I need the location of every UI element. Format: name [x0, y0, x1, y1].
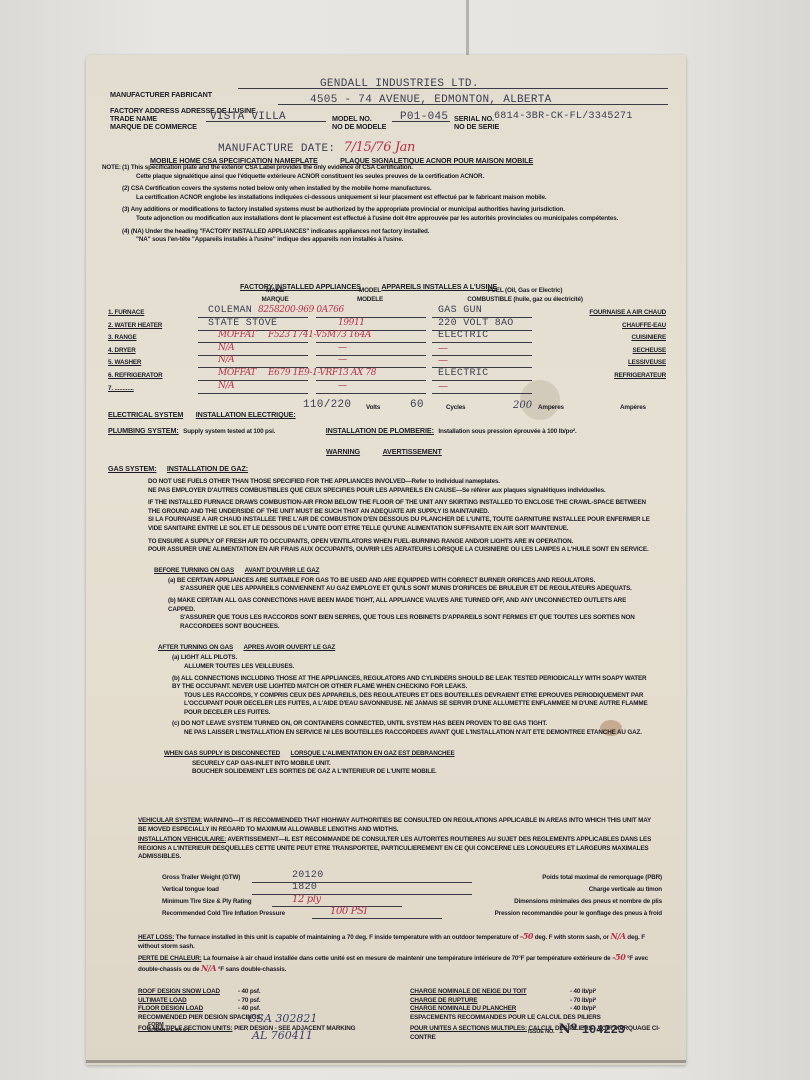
gas-p3-fr: POUR ASSURER UNE ALIMENTATION EN AIR FRA… — [148, 546, 653, 555]
gas-p2-fr: SI LA FOURNAISE A AIR CHAUD INSTALLEE TI… — [148, 516, 653, 533]
appliance-row: 3. RANGE MOFFAT F523 1741-V5M73 164A ELE… — [108, 333, 678, 345]
load-label: ROOF DESIGN SNOW LOAD — [138, 988, 238, 997]
form-number: FORM FORMULE 83.9.1 — [148, 1022, 190, 1034]
vehicular-label-fr: INSTALLATION VEHICULAIRE: — [138, 836, 226, 843]
amperes-value: 200 — [513, 400, 532, 411]
note-1-en: (1) This specification plate and the ext… — [122, 164, 667, 173]
appliance-row: 5. WASHER N/A — — LESSIVEUSE — [108, 358, 678, 370]
make-line — [198, 342, 308, 343]
appliance-fuel: — — [438, 343, 448, 354]
vehicular-row-value: 1820 — [292, 882, 317, 893]
gas-p3-en: TO ENSURE A SUPPLY OF FRESH AIR TO OCCUP… — [148, 538, 653, 547]
appliance-model: — — [338, 355, 347, 365]
vehicular-row-fr: Charge verticale au timon — [589, 886, 662, 895]
vehicular-row-fr: Dimensions minimales des pneus et nombre… — [514, 898, 662, 907]
model-line — [316, 342, 426, 343]
vehicular-row-label: Minimum Tire Size & Ply Rating — [162, 898, 252, 907]
vehicular-row-label: Recommended Cold Tire Inflation Pressure — [162, 910, 285, 919]
vehicular-row-label: Vertical tongue load — [162, 886, 219, 895]
load-value-fr: - 40 lb/pi² — [570, 988, 596, 995]
notes-label: NOTE: — [102, 164, 121, 173]
note-2-en: (2) CSA Certification covers the systems… — [122, 185, 667, 194]
load-label-fr: CHARGE NOMINALE DU PLANCHER — [410, 1005, 570, 1014]
heat-loss-label-fr: PERTE DE CHALEUR: — [138, 955, 202, 962]
appliance-label: 5. WASHER — [108, 359, 141, 368]
plumbing-label: PLUMBING SYSTEM: — [108, 426, 179, 435]
appliance-label-fr: SECHEUSE — [633, 347, 666, 356]
vehicular-row-value: 100 PSI — [330, 906, 367, 917]
disconnected-fr: BOUCHER SOLIDEMENT LES SORTIES DE GAZ A … — [192, 768, 678, 777]
col-make: MAKE — [240, 287, 310, 296]
volts-value: 110/220 — [303, 399, 351, 411]
note-2-fr: La certification ACNOR englobe les insta… — [136, 194, 667, 203]
before-a-fr: S'ASSURER QUE LES APPAREILS CONVIENNENT … — [180, 585, 648, 594]
gas-p2-en: IF THE INSTALLED FURNACE DRAWS COMBUSTIO… — [148, 499, 653, 516]
vehicular-line — [252, 882, 472, 883]
load-label: FLOOR DESIGN LOAD — [138, 1005, 238, 1014]
warning-fr: AVERTISSEMENT — [383, 447, 442, 456]
trade-name-label-fr: MARQUE DE COMMERCE — [110, 123, 690, 131]
heat-loss-fr-c: °F sans double-chassis. — [218, 966, 286, 973]
vehicular-row-value: 20120 — [292, 870, 324, 881]
load-row-fr: CHARGE NOMINALE DE NEIGE DU TOIT- 40 lb/… — [410, 988, 660, 997]
amperes-label: Amperes — [538, 404, 564, 413]
appliance-make: COLEMAN — [208, 305, 252, 316]
disconnected-label: WHEN GAS SUPPLY IS DISCONNECTED — [164, 750, 280, 757]
appliance-fuel: GAS GUN — [438, 305, 482, 316]
appliance-label-fr: FOURNAISE A AIR CHAUD — [589, 309, 666, 318]
appliance-fuel: 220 VOLT 8AO — [438, 318, 514, 329]
appliance-label: 1. FURNACE — [108, 309, 144, 318]
heat-loss-text-b: deg. F with storm sash, or — [535, 934, 609, 941]
load-row: ROOF DESIGN SNOW LOAD- 40 psf. — [138, 988, 378, 997]
after-c-fr: NE PAS LAISSER L'INSTALLATION EN SERVICE… — [184, 729, 650, 738]
appliance-fuel: ELECTRIC — [438, 368, 488, 379]
make-line — [198, 355, 308, 356]
appliance-make: STATE STOVE — [208, 318, 277, 329]
note-3-en: (3) Any additions or modifications to fa… — [122, 206, 667, 215]
col-fuel-header: FUEL (Oil, Gas or Electric) COMBUSTIBLE … — [440, 287, 610, 304]
load-row: ULTIMATE LOAD- 70 psf. — [138, 997, 378, 1006]
appliance-label: 2. WATER HEATER — [108, 322, 162, 331]
appliance-label-fr: CUISINIERE — [631, 334, 666, 343]
after-b-en: (b) ALL CONNECTIONS INCLUDING THOSE AT T… — [172, 675, 650, 692]
col-model-header: MODEL MODELE — [335, 287, 405, 304]
model-line — [316, 317, 426, 318]
serial-value: 6814-3BR-CK-FL/3345271 — [494, 111, 633, 122]
vehicular-row-fr: Poids total maximal de remorquage (PBR) — [542, 874, 662, 883]
gas-section: GAS SYSTEM: INSTALLATION DE GAZ: DO NOT … — [108, 458, 678, 777]
appliance-row: 4. DRYER N/A — — SECHEUSE — [108, 346, 678, 358]
amperes-label-fr: Ampères — [620, 404, 646, 413]
appliance-model: — — [338, 381, 347, 391]
after-a-fr: ALLUMER TOUTES LES VEILLEUSES. — [184, 663, 650, 672]
multi-section-label-fr: POUR UNITES A SECTIONS MULTIPLES: — [410, 1025, 527, 1032]
vehicular-row: Gross Trailer Weight (GTW) 20120 Poids t… — [162, 872, 662, 884]
warning-heading: WARNING AVERTISSEMENT — [326, 441, 442, 459]
fuel-line — [432, 393, 532, 394]
col-make-fr: MARQUE — [240, 296, 310, 305]
plumbing-label-fr: INSTALLATION DE PLOMBERIE: — [326, 426, 434, 435]
issue-value: 104223 — [582, 1023, 625, 1037]
vehicular-row-value: 12 ply — [292, 894, 321, 905]
plate-bottom-edge — [86, 1060, 686, 1063]
model-line — [392, 121, 450, 122]
before-b-en: (b) MAKE CERTAIN ALL GAS CONNECTIONS HAV… — [168, 597, 648, 614]
heat-loss-text-a: The furnace installed in this unit is ca… — [176, 934, 518, 941]
appliance-fuel: — — [438, 355, 448, 366]
before-gas-label-fr: AVANT D'OUVRIR LE GAZ — [245, 567, 320, 574]
manufacturer-value: GENDALL INDUSTRIES LTD. — [320, 78, 479, 90]
col-make-header: MAKE MARQUE — [240, 287, 310, 304]
load-label-fr: CHARGE NOMINALE DE NEIGE DU TOIT — [410, 988, 570, 997]
vehicular-row: Recommended Cold Tire Inflation Pressure… — [162, 908, 662, 920]
appliance-fuel: ELECTRIC — [438, 330, 488, 341]
warning-en: WARNING — [326, 447, 360, 456]
appliance-make: MOFFAT — [218, 368, 256, 378]
load-value: - 40 psf. — [238, 988, 260, 995]
appliance-label: 7. ............ — [108, 385, 134, 394]
cycles-label: Cycles — [446, 404, 465, 413]
note-4-fr: "NA" sous l'en-tête "Appareils installés… — [136, 236, 667, 245]
cycles-value: 60 — [410, 399, 424, 411]
electrical-label: ELECTRICAL SYSTEM — [108, 410, 183, 419]
gas-p1-fr: NE PAS EMPLOYER D'AUTRES COMBUSTIBLES QU… — [148, 487, 653, 496]
serial-label-fr: NO DE SERIE — [454, 123, 499, 131]
issue-prefix: Nº — [559, 1022, 577, 1037]
wall-seam — [466, 0, 469, 55]
before-a-en: (a) BE CERTAIN APPLIANCES ARE SUITABLE F… — [168, 577, 648, 586]
vehicular-label: VEHICULAR SYSTEM: — [138, 817, 202, 824]
trade-model-serial-row: TRADE NAME MARQUE DE COMMERCE VISTA VILL… — [110, 115, 690, 131]
appliance-model: F523 1741-V5M73 164A — [268, 330, 371, 340]
issue-number: ISSUE NO. Nº 104223 — [528, 1020, 625, 1038]
appliance-make: N/A — [218, 355, 234, 365]
plumbing-text-fr: Installation sous pression éprouvée à 10… — [438, 428, 576, 435]
electrical-label-fr: INSTALLATION ELECTRIQUE: — [196, 410, 296, 419]
col-model: MODEL — [335, 287, 405, 296]
make-line — [198, 380, 308, 381]
load-row-fr: CHARGE DE RUPTURE- 70 lb/pi² — [410, 997, 660, 1006]
model-line — [316, 380, 426, 381]
gas-label-fr: INSTALLATION DE GAZ: — [167, 464, 248, 473]
note-4-en: (4) (NA) Under the heading "FACTORY INST… — [122, 228, 667, 237]
appliance-row: 7. ............ N/A — — — [108, 384, 678, 396]
handwritten-csa: CSA 302821 — [248, 1012, 317, 1025]
vehicular-row: Vertical tongue load 1820 Charge vertica… — [162, 884, 662, 896]
after-gas-label-fr: APRES AVOIR OUVERT LE GAZ — [243, 644, 335, 651]
form-label-fr: FORMULE — [148, 1028, 174, 1034]
vehicular-line — [252, 894, 472, 895]
appliance-row: 6. REFRIGERATOR MOFFAT E679 1E9-1-VRF13 … — [108, 371, 678, 383]
heat-loss-fr-with: -50 — [612, 952, 625, 962]
appliance-model: 8258200-969 0A766 — [258, 305, 344, 315]
vehicular-row-label: Gross Trailer Weight (GTW) — [162, 874, 240, 883]
after-b-fr: TOUS LES RACCORDS, Y COMPRIS CEUX DES AP… — [184, 692, 650, 718]
appliance-model: E679 1E9-1-VRF13 AX 78 — [268, 368, 376, 378]
before-b-fr: S'ASSURER QUE TOUS LES RACCORDS SONT BIE… — [180, 614, 648, 631]
note-3-fr: Toute adjonction ou modification aux ins… — [136, 215, 667, 224]
heat-loss-with-sash: -50 — [520, 931, 533, 941]
handwritten-notes: CSA 302821 AL 760411 — [248, 1012, 317, 1042]
after-a-en: (a) LIGHT ALL PILOTS. — [172, 654, 650, 663]
appliance-make: N/A — [218, 343, 234, 353]
trade-name-line — [206, 121, 326, 122]
heat-loss-fr-without: N/A — [201, 963, 216, 973]
heat-loss-section: HEAT LOSS: The furnace installed in this… — [138, 932, 658, 974]
appliance-fuel: — — [438, 381, 448, 392]
appliance-model: 19911 — [338, 318, 365, 328]
appliance-label-fr: CHAUFFE-EAU — [622, 322, 666, 331]
load-label: ULTIMATE LOAD — [138, 997, 238, 1006]
heat-loss-label: HEAT LOSS: — [138, 934, 174, 941]
disconnected-label-fr: LORSQUE L'ALIMENTATION EN GAZ EST DEBRAN… — [291, 750, 455, 757]
load-row-fr: CHARGE NOMINALE DU PLANCHER- 40 lb/pi² — [410, 1005, 660, 1014]
heat-loss-without-sash: N/A — [610, 931, 625, 941]
vehicular-line — [312, 918, 442, 919]
load-label-fr: CHARGE DE RUPTURE — [410, 997, 570, 1006]
col-model-fr: MODELE — [335, 296, 405, 305]
model-label-fr: NO DE MODELE — [332, 123, 386, 131]
plumbing-text: Supply system tested at 100 psi. — [183, 428, 275, 435]
appliance-row: 1. FURNACE COLEMAN 8258200-969 0A766 GAS… — [108, 308, 678, 320]
load-value-fr: - 70 lb/pi² — [570, 997, 596, 1004]
notes-section: NOTE: (1) This specification plate and t… — [102, 164, 667, 245]
gas-p1-en: DO NOT USE FUELS OTHER THAN THOSE SPECIF… — [148, 478, 653, 487]
appliance-label: 3. RANGE — [108, 334, 137, 343]
manufacturer-label: MANUFACTURER FABRICANT — [110, 90, 212, 99]
col-fuel: FUEL (Oil, Gas or Electric) — [440, 287, 610, 296]
appliance-row: 2. WATER HEATER STATE STOVE 19911 220 VO… — [108, 321, 678, 333]
vehicular-text: WARNING—IT IS RECOMMENDED THAT HIGHWAY A… — [138, 817, 651, 833]
handwritten-al: AL 760411 — [252, 1029, 317, 1042]
appliance-label: 6. REFRIGERATOR — [108, 372, 163, 381]
appliance-make: N/A — [218, 381, 234, 391]
after-gas-label: AFTER TURNING ON GAS — [158, 644, 233, 651]
model-line — [316, 355, 426, 356]
disconnected-en: SECURELY CAP GAS-INLET INTO MOBILE UNIT. — [192, 760, 678, 769]
load-value-fr: - 40 lb/pi² — [570, 1005, 596, 1012]
appliance-label: 4. DRYER — [108, 347, 136, 356]
vehicular-row-fr: Pression recommandée pour le gonflage de… — [495, 910, 662, 919]
issue-label: ISSUE NO. — [528, 1029, 554, 1035]
address-value: 4505 - 74 AVENUE, EDMONTON, ALBERTA — [310, 94, 552, 106]
vehicular-row: Minimum Tire Size & Ply Rating 12 ply Di… — [162, 896, 662, 908]
make-line — [198, 393, 308, 394]
appliance-make: MOFFAT — [218, 330, 256, 340]
vehicular-section: VEHICULAR SYSTEM: WARNING—IT IS RECOMMEN… — [138, 817, 658, 862]
load-value: - 70 psf. — [238, 997, 260, 1004]
after-c-en: (c) DO NOT LEAVE SYSTEM TURNED ON, OR CO… — [172, 720, 650, 729]
volts-label: Volts — [366, 404, 380, 413]
form-no: 83.9.1 — [176, 1028, 190, 1034]
model-line — [316, 393, 426, 394]
gas-label: GAS SYSTEM: — [108, 464, 156, 473]
appliance-label-fr: REFRIGERATEUR — [614, 372, 666, 381]
note-1-fr: Cette plaque signalétique ainsi que l'ét… — [136, 173, 667, 182]
appliance-label-fr: LESSIVEUSE — [628, 359, 666, 368]
before-gas-label: BEFORE TURNING ON GAS — [154, 567, 234, 574]
plumbing-row: PLUMBING SYSTEM: Supply system tested at… — [108, 420, 678, 438]
col-fuel-fr: COMBUSTIBLE (huile, gaz ou électricité) — [440, 296, 610, 305]
appliance-model: — — [338, 343, 347, 353]
heat-loss-fr-a: La fournaise à air chaud installée dans … — [203, 955, 610, 962]
